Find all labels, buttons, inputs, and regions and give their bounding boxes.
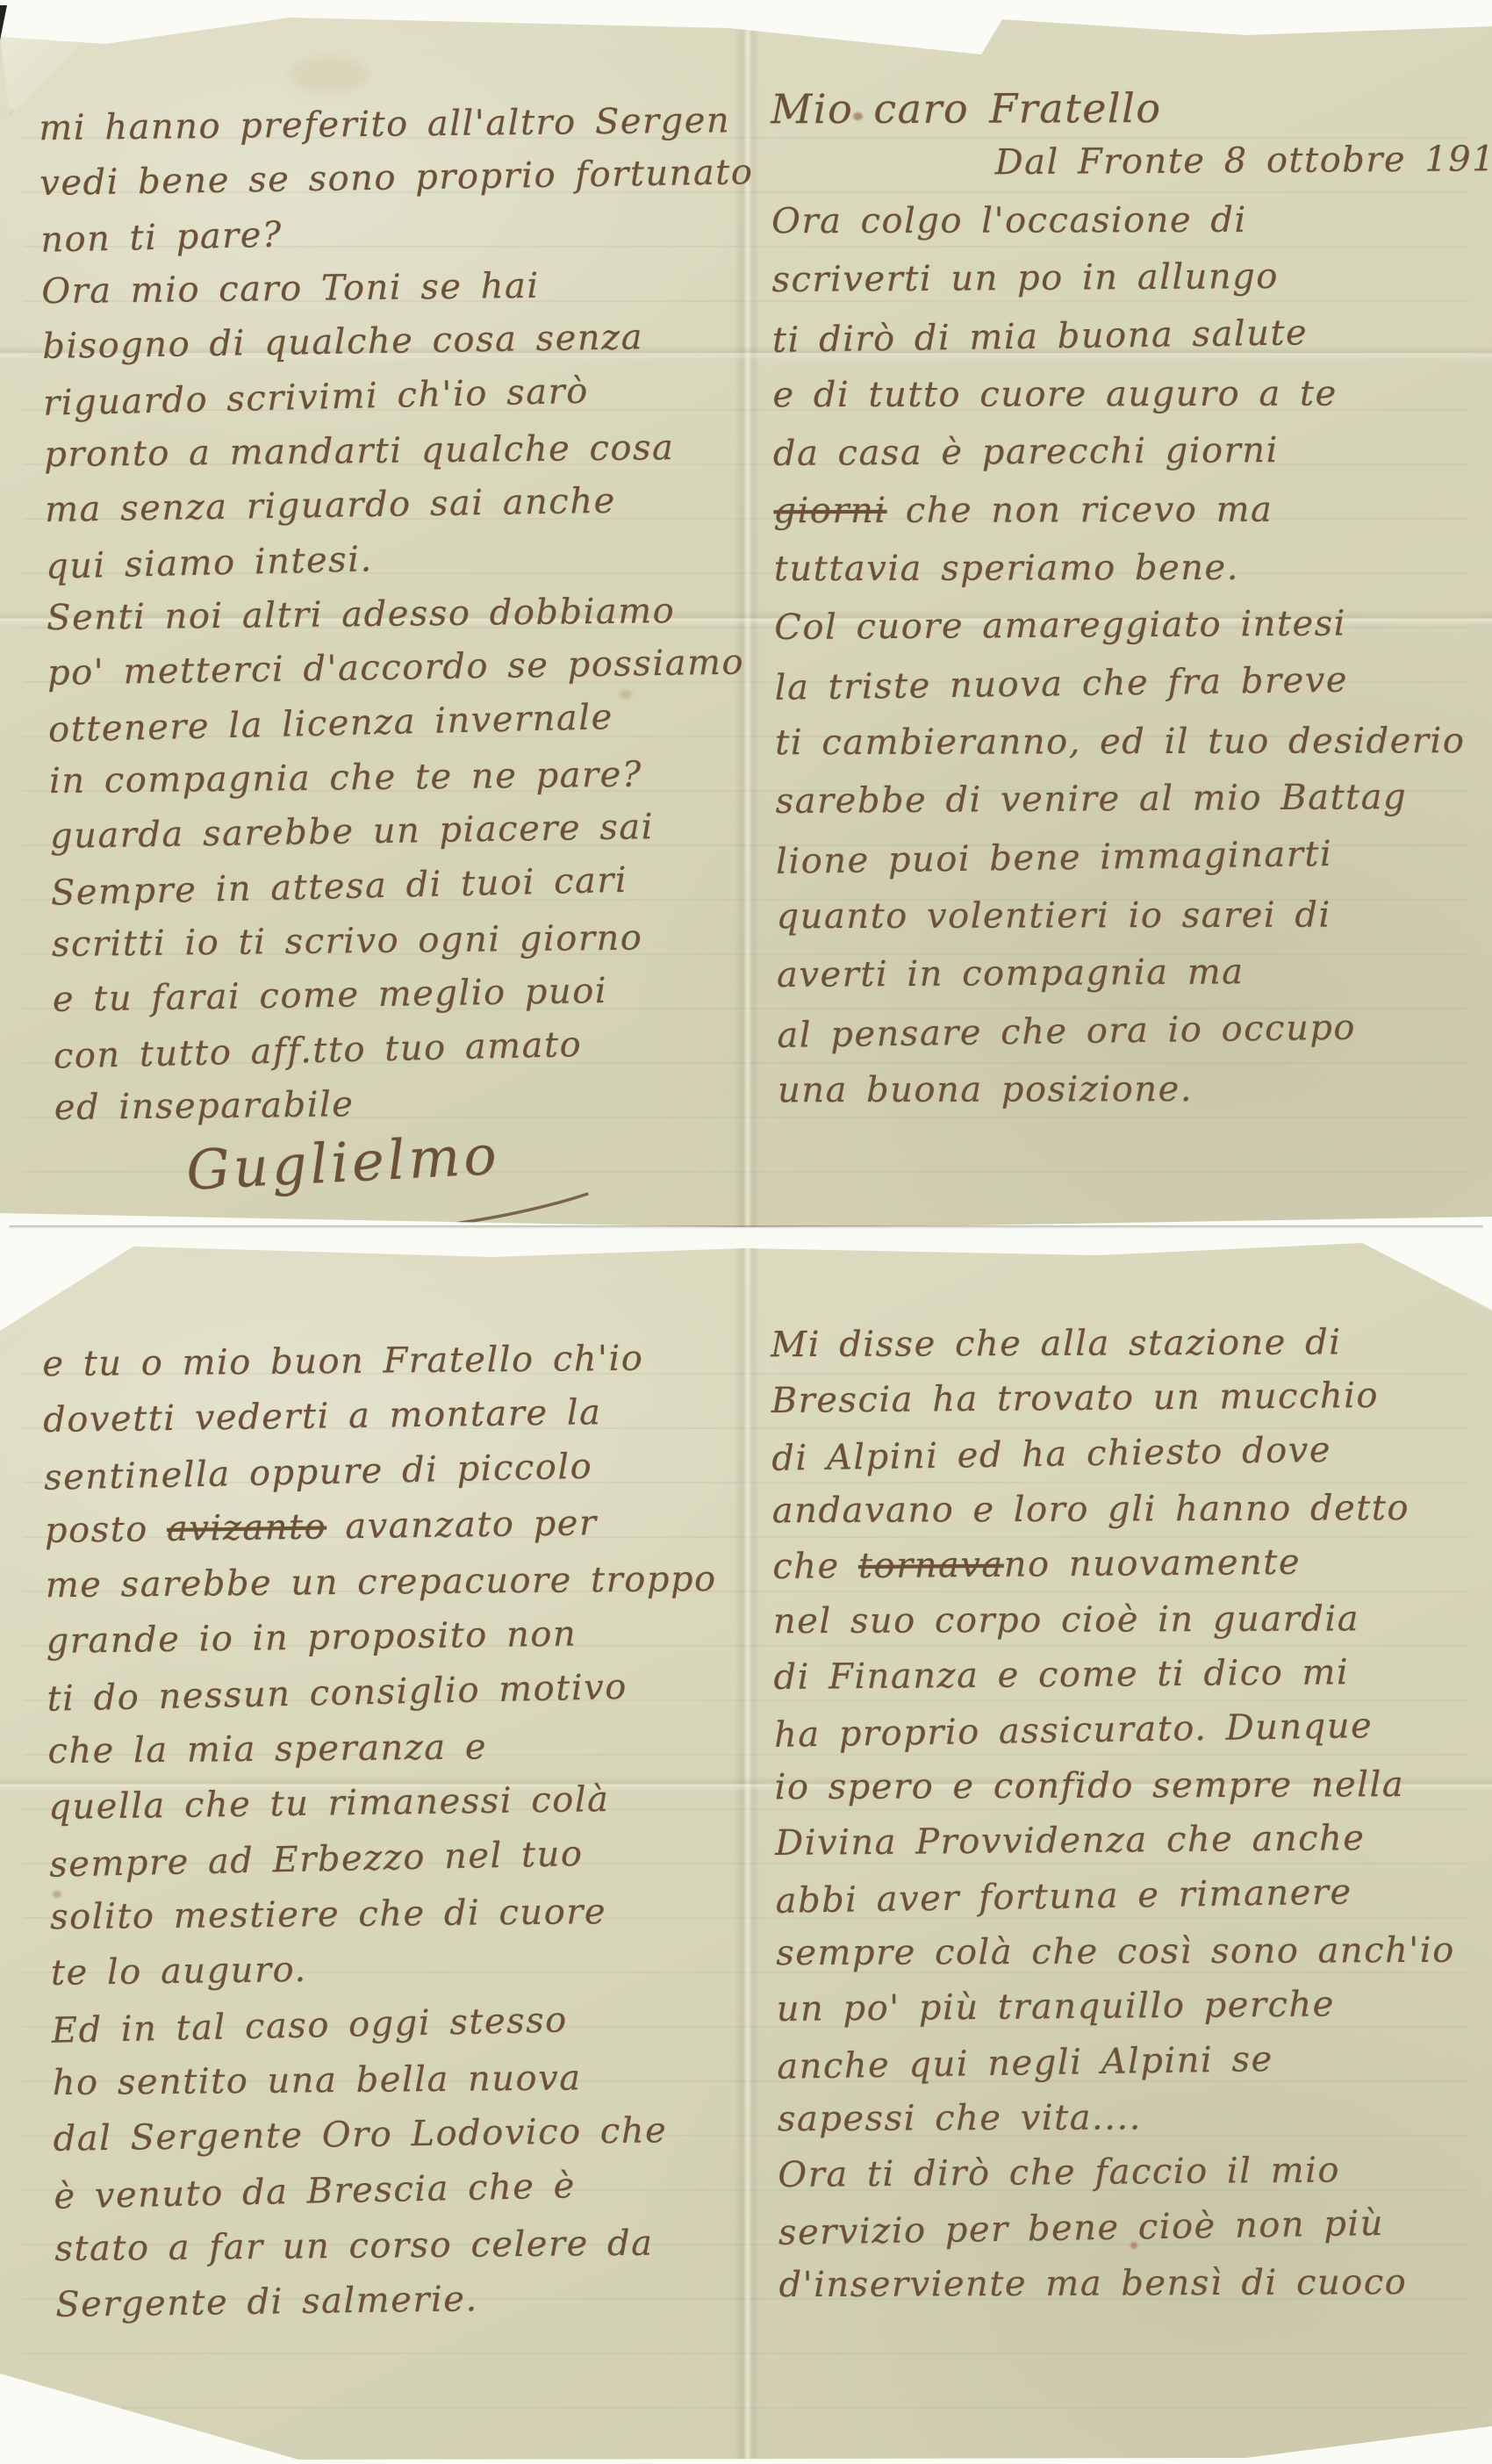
letter-line-rest: avanzato per [326,1503,598,1547]
strikethrough-word: tornava [858,1545,1004,1586]
letter-line: ho sentito una bella nuova [53,2056,756,2118]
letter-line: sempre colà che così sono anch'io [776,1930,1490,1989]
salutation: Mio caro Fratello [771,83,1485,143]
letter-line: che la mia speranza e [47,1725,750,1787]
letter-line: lione puoi bene immaginarti [776,831,1491,899]
letter-line: Ora ti dirò che faccio il mio [778,2149,1492,2210]
letter-line: da casa è parecchi giorni [773,428,1488,492]
letter-line-rest: no nuovamente [1004,1542,1302,1585]
letter-line: Senti noi altri adesso dobbiamo [47,590,750,652]
scanner-edge-artifact [0,5,7,40]
letter-line: pronto a mandarti qualche cosa [44,427,747,489]
letter-lines-group: mi hanno preferito all'altro Sergenvedi … [39,97,757,1142]
letter-line: sarebbe di venire al mio Battag [776,776,1490,839]
letter-line: una buona posizione. [778,1068,1492,1128]
letter-line-pre: posto [45,1509,168,1551]
letter-line: e tu o mio buon Fratello ch'io [42,1338,745,1400]
letter-line: la triste nuova che fra breve [774,657,1489,725]
letter-line: abbi aver fortuna e rimanere [775,1870,1490,1936]
letter-line: scritti io ti scrivo ogni giorno [52,916,755,979]
folded-corner [1360,1241,1492,1311]
page-top-right: Mio caro Fratello Dal Fronte 8 ottobre 1… [771,81,1492,1129]
letter-line: quanto volentieri io sarei di [777,894,1491,954]
letter-line: Col cuore amareggiato intesi [774,602,1488,665]
page-top-left: mi hanno preferito all'altro Sergenvedi … [39,97,758,1235]
strikethrough-word: giorni [773,491,886,531]
paper-stain [290,58,369,93]
letter-line: nel suo corpo cioè in guardia [773,1598,1488,1657]
letter-line: Ora mio caro Toni se hai [41,263,744,326]
letter-line-rest: che non ricevo ma [887,490,1273,531]
letter-line: servizio per bene cioè non più [778,2202,1492,2268]
strikethrough-word: avizanto [167,1506,327,1549]
letter-line: stato a far un corso celere da [54,2222,757,2284]
letter-line: anche qui negli Alpini se [777,2036,1492,2102]
letter-line: al pensare che ora io occupo [777,1005,1492,1073]
letter-line: Brescia ha trovato un mucchio [771,1375,1487,1436]
letter-line: un po' più tranquillo perche [777,1983,1492,2044]
letter-lines-group: Ora colgo l'occasione discriverti un po … [771,197,1488,492]
letter-line: Ora colgo l'occasione di [771,199,1486,259]
letter-lines-group: tuttavia speriamo bene.Col cuore amaregg… [774,544,1492,1129]
letter-line: mi hanno preferito all'altro Sergen [39,100,742,162]
letter-line: ha proprio assicurato. Dunque [774,1704,1489,1771]
letter-line-with-strikethrough: giorni che non ricevo ma [773,489,1488,549]
letter-lines-group: Mi disse che alla stazione diBrescia ha … [771,1319,1487,1547]
letter-line-with-strikethrough: che tornavano nuovamente [772,1541,1488,1602]
letter-line: in compagnia che te ne pare? [49,753,752,815]
letter-line: di Finanza e come ti dico mi [773,1651,1488,1713]
letter-line: io spero e confido sempre nella [775,1764,1489,1823]
letter-line: e di tutto cuore auguro a te [772,373,1487,433]
letter-line: Divina Provvidenza che anche [775,1817,1490,1879]
letter-lines-group: me sarebbe un crepacuore troppogrande io… [46,1556,758,2340]
dateline: Dal Fronte 8 ottobre 1916 [771,139,1485,202]
letter-line: solito mestiere che di cuore [50,1891,753,1953]
letter-line-pre: che [772,1546,858,1587]
letter-lines-group: e tu o mio buon Fratello ch'iodovetti ve… [42,1335,747,1511]
sheet-edge-shadow [9,1225,1483,1229]
letter-line: scriverti un po in allungo [771,255,1486,318]
letter-line: andavano e loro gli hanno detto [772,1488,1487,1547]
letter-line: tuttavia speriamo bene. [774,547,1488,607]
letter-line: sapessi che vita.... [778,2096,1492,2155]
letter-line: di Alpini ed ha chiesto dove [771,1427,1487,1494]
letter-line: Mi disse che alla stazione di [771,1322,1485,1381]
letter-line: averti in compagnia ma [777,950,1491,1013]
page-bottom-right: Mi disse che alla stazione diBrescia ha … [771,1319,1492,2321]
letter-line: ti cambieranno, ed il tuo desiderio [775,721,1489,780]
letter-line: d'inserviente ma bensì di cuoco [778,2262,1492,2321]
letter-line: Sergente di salmerie. [55,2275,758,2340]
letter-lines-group: nel suo corpo cioè in guardiadi Finanza … [773,1596,1492,2321]
letter-line: me sarebbe un crepacuore troppo [46,1559,749,1621]
letter-line: ti dirò di mia buona salute [772,310,1488,377]
letter-sheet-1: mi hanno preferito all'altro Sergenvedi … [0,5,1492,1227]
page-bottom-left: e tu o mio buon Fratello ch'iodovetti ve… [42,1335,758,2340]
letter-scan: { "meta": { "kind": "Scanned handwritten… [0,0,1492,2464]
letter-sheet-2: e tu o mio buon Fratello ch'iodovetti ve… [0,1241,1492,2464]
